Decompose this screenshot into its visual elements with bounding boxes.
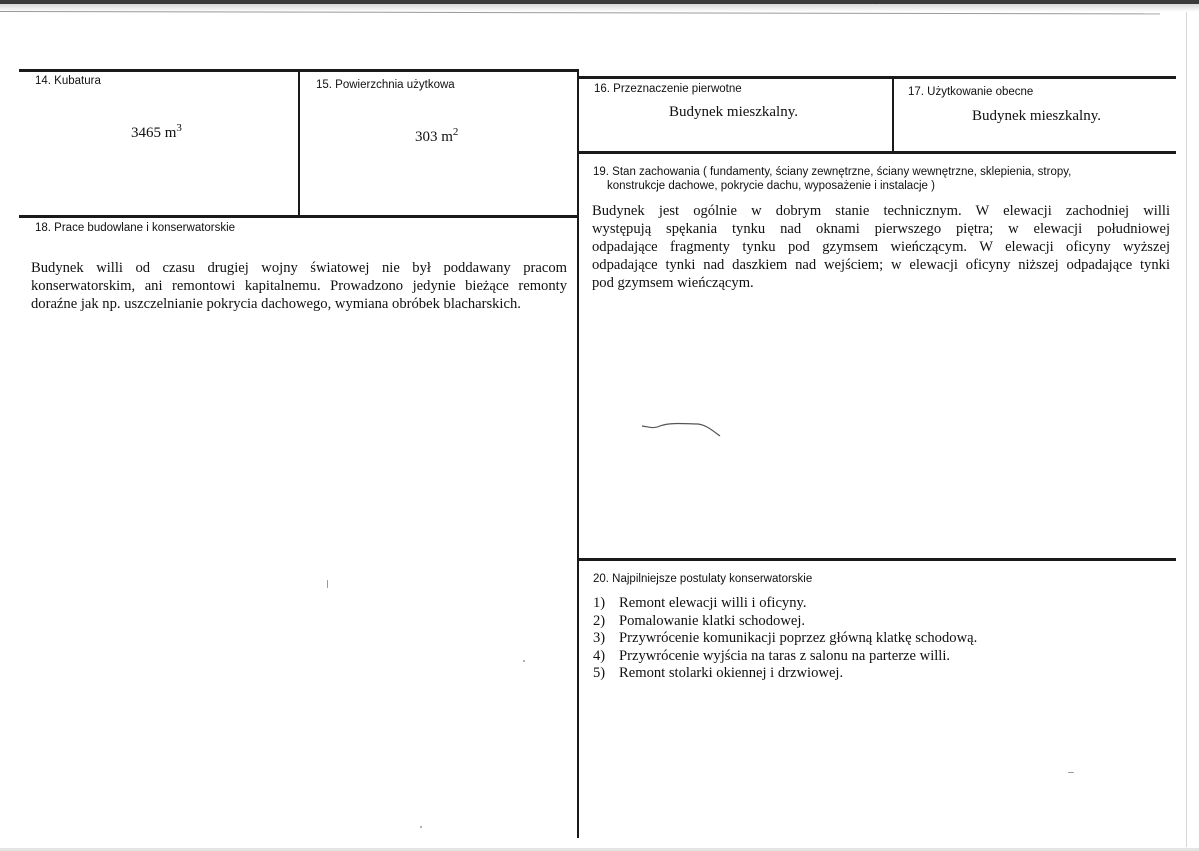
field-19-line: odpadające fragmenty tynku pod gzymsem w… <box>592 238 1170 256</box>
field-19-line: pod gzymsem wieńczącym. <box>592 274 1170 292</box>
field-20-label: 20. Najpilniejsze postulaty konserwators… <box>593 572 812 586</box>
scan-speck <box>1068 772 1074 773</box>
field-15-label: 15. Powierzchnia użytkowa <box>316 78 455 92</box>
field-19-label-line2: konstrukcje dachowe, pokrycie dachu, wyp… <box>593 179 1071 193</box>
field-19-line: odpadające tynki nad daszkiem nad wejści… <box>592 256 1170 274</box>
field-20-list: 1)Remont elewacji willi i oficyny. 2)Pom… <box>593 595 977 683</box>
list-item: 1)Remont elewacji willi i oficyny. <box>593 595 977 613</box>
field-19-label-line1: 19. Stan zachowania ( fundamenty, ściany… <box>593 166 1071 178</box>
field-14-number: 3465 m <box>131 125 176 141</box>
scan-right-edge <box>1186 12 1187 847</box>
field-17-value: Budynek mieszkalny. <box>972 108 1101 125</box>
pen-scribble-mark <box>640 420 722 442</box>
rule-above-20 <box>578 558 1176 561</box>
field-14-exponent: 3 <box>176 122 182 134</box>
field-14-value: 3465 m3 <box>131 122 182 142</box>
scan-speck <box>420 826 422 828</box>
field-18-line: doraźne jak np. uszczelnianie pokrycia d… <box>31 295 567 313</box>
field-19-label: 19. Stan zachowania ( fundamenty, ściany… <box>593 165 1071 193</box>
scan-speck <box>523 660 525 662</box>
field-16-label: 16. Przeznaczenie pierwotne <box>594 82 742 96</box>
rule-above-18 <box>19 215 579 218</box>
rule-top-right <box>578 76 1176 79</box>
field-16-value: Budynek mieszkalny. <box>669 104 798 121</box>
field-18-line: Budynek willi od czasu drugiej wojny świ… <box>31 259 567 277</box>
list-item: 3)Przywrócenie komunikacji poprzez główn… <box>593 630 977 648</box>
divider-14-15 <box>298 70 300 218</box>
field-19-text: Budynek jest ogólnie w dobrym stanie tec… <box>592 202 1170 292</box>
field-17-label: 17. Użytkowanie obecne <box>908 85 1033 99</box>
rule-above-19 <box>578 151 1176 154</box>
scan-speck <box>327 580 328 588</box>
scanned-form-page: 14. Kubatura 3465 m3 15. Powierzchnia uż… <box>0 0 1199 851</box>
field-18-label: 18. Prace budowlane i konserwatorskie <box>35 221 235 235</box>
list-item: 4)Przywrócenie wyjścia na taras z salonu… <box>593 648 977 666</box>
scan-speck <box>875 2 877 4</box>
divider-16-17 <box>892 77 894 152</box>
field-18-line: konserwatorskim, ani remontowi kapitalne… <box>31 277 567 295</box>
field-15-exponent: 2 <box>453 126 459 138</box>
field-19-line: występują spękania tynku nad oknami pier… <box>592 220 1170 238</box>
field-15-number: 303 m <box>415 129 453 145</box>
divider-main <box>577 70 579 838</box>
field-18-text: Budynek willi od czasu drugiej wojny świ… <box>31 259 567 313</box>
list-item: 2)Pomalowanie klatki schodowej. <box>593 613 977 631</box>
list-item: 5)Remont stolarki okiennej i drzwiowej. <box>593 665 977 683</box>
field-14-label: 14. Kubatura <box>35 74 101 88</box>
field-15-value: 303 m2 <box>415 126 458 146</box>
field-19-line: Budynek jest ogólnie w dobrym stanie tec… <box>592 202 1170 220</box>
